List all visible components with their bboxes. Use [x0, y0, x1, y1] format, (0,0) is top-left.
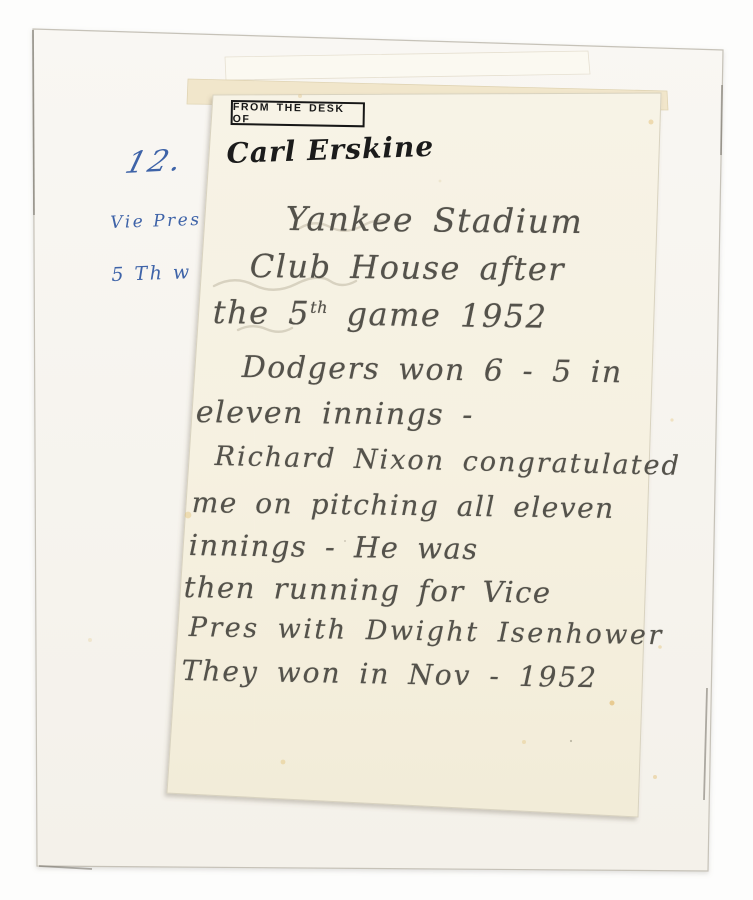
blue-note-line-2: Vie Pres: [110, 210, 202, 233]
letterhead-box: FROM THE DESK OF: [231, 100, 365, 127]
blue-note-line-3: 5 Th w: [111, 261, 192, 286]
letterhead-label: FROM THE DESK OF: [233, 101, 363, 127]
note-line-2: Club House after: [250, 247, 566, 288]
photograph-of-memo: FROM THE DESK OF Carl Erskine Yankee Sta…: [0, 0, 753, 900]
note-line-8: innings - He was: [189, 528, 479, 566]
note-line-9: then running for Vice: [183, 570, 551, 610]
note-line-3-superscript: th: [310, 298, 328, 317]
note-line-5: eleven innings -: [196, 395, 474, 433]
note-line-3: the 5th game 1952: [212, 293, 547, 336]
note-line-4: Dodgers won 6 - 5 in: [242, 350, 623, 390]
note-line-3-pre: the 5: [212, 293, 310, 332]
blue-note-line-1: 12.: [121, 143, 188, 181]
note-line-3-post: game 1952: [328, 295, 548, 336]
note-line-1: Yankee Stadium: [286, 199, 584, 241]
note-line-7: me on pitching all eleven: [192, 486, 615, 525]
